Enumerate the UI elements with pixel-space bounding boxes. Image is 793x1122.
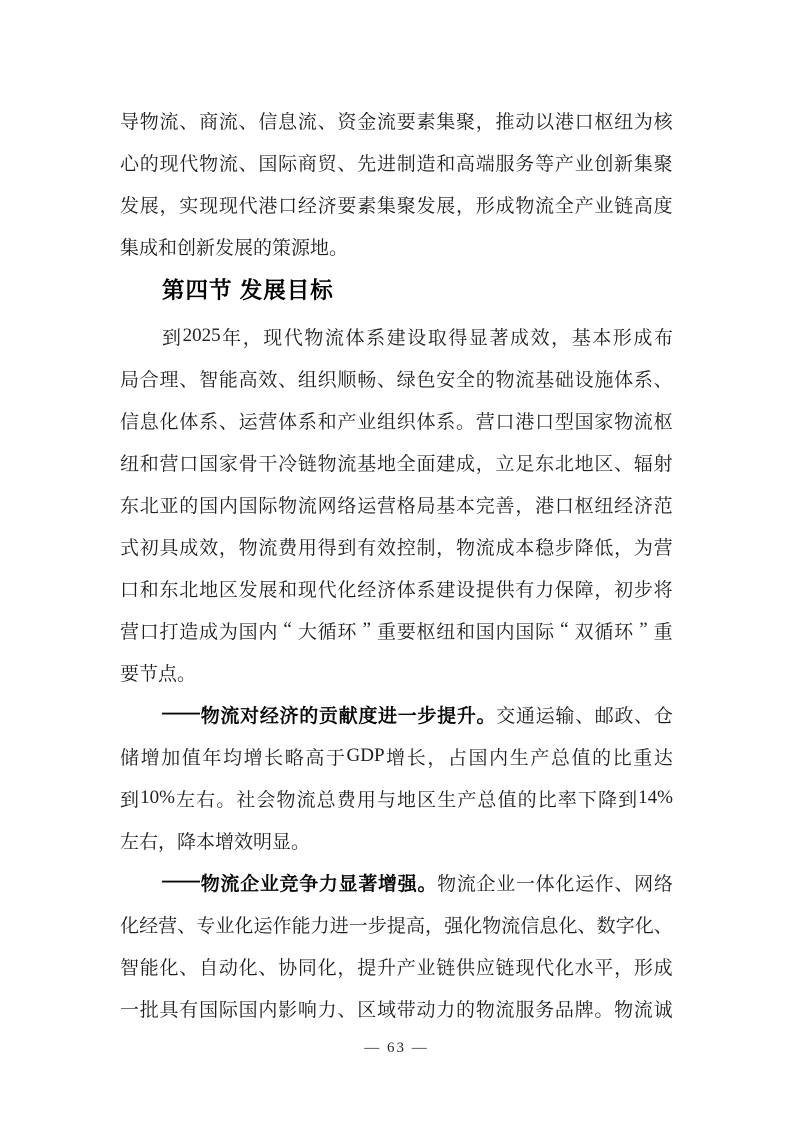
cjk-char: 现 <box>160 149 179 176</box>
cjk-char: 交 <box>496 701 515 728</box>
cjk-char: 平 <box>594 953 613 980</box>
cjk-char: 务 <box>515 149 534 176</box>
cjk-char: 应 <box>476 953 495 980</box>
cjk-char: 到 <box>162 323 181 350</box>
cjk-char: ， <box>219 533 238 560</box>
cjk-char: 系 <box>366 323 385 350</box>
document-body: 导物流、商流、信息流、资金流要素集聚，推动以港口枢纽为核心的现代物流、国际商贸、… <box>120 99 673 1029</box>
cjk-char: 贡 <box>319 701 338 728</box>
latin-token: 14% <box>638 787 673 809</box>
cjk-char: 力 <box>318 995 337 1022</box>
cjk-char: 、 <box>575 701 594 728</box>
paragraph: ——物流对经济的贡献度进一步提升。交通运输、邮政、仓储增加值年均增长略高于GDP… <box>120 693 673 861</box>
cjk-char: 口 <box>496 407 515 434</box>
text-line: ——物流企业竞争力显著增强。物流企业一体化运作、网络 <box>120 861 673 903</box>
cjk-char: 产 <box>337 407 356 434</box>
cjk-char: 地 <box>397 785 416 812</box>
cjk-char: 流 <box>220 701 239 728</box>
cjk-char: 地 <box>310 233 329 260</box>
cjk-char: 产 <box>555 149 574 176</box>
cjk-char: 北 <box>555 449 574 476</box>
cjk-char: 总 <box>477 785 496 812</box>
cjk-char: 物 <box>199 149 218 176</box>
cjk-char: 地 <box>199 575 218 602</box>
cjk-char: 能 <box>292 911 311 938</box>
cjk-char: 济 <box>280 701 299 728</box>
cjk-char: 降 <box>575 533 594 560</box>
cjk-char: 提 <box>437 701 456 728</box>
cjk-char: 本 <box>515 533 534 560</box>
cjk-char: 完 <box>476 491 495 518</box>
cjk-char: 造 <box>416 149 435 176</box>
cjk-char: 港 <box>555 107 574 134</box>
cjk-char: 高 <box>456 149 475 176</box>
cjk-char: 内 <box>258 995 277 1022</box>
cjk-char: 化 <box>555 869 574 896</box>
cjk-char: 运 <box>239 407 258 434</box>
cjk-char: 国 <box>575 407 594 434</box>
cjk-char: 集 <box>436 107 455 134</box>
cjk-char: 成 <box>633 323 652 350</box>
cjk-char: 度 <box>654 191 673 218</box>
cjk-char: 响 <box>298 995 317 1022</box>
cjk-char: 效 <box>531 323 550 350</box>
cjk-char: 。 <box>291 827 310 854</box>
cjk-char: 物 <box>276 785 295 812</box>
cjk-char: 的 <box>299 701 318 728</box>
document-page: 导物流、商流、信息流、资金流要素集聚，推动以港口枢纽为核心的现代物流、国际商贸、… <box>0 0 793 1122</box>
cjk-char: 导 <box>120 107 139 134</box>
cjk-char: 发 <box>416 191 435 218</box>
cjk-char: 智 <box>199 365 218 392</box>
cjk-char: 际 <box>219 995 238 1022</box>
cjk-char: 有 <box>179 995 198 1022</box>
cjk-char: 北 <box>179 575 198 602</box>
cjk-char: 的 <box>456 995 475 1022</box>
cjk-char: 物 <box>318 449 337 476</box>
cjk-char: 流 <box>298 491 317 518</box>
cjk-char: ， <box>436 533 455 560</box>
text-line: 口和东北地区发展和现代化经济体系建设提供有力保障，初步将 <box>120 567 673 609</box>
cjk-char: 和 <box>158 233 177 260</box>
cjk-char: 港 <box>535 491 554 518</box>
cjk-char: 成 <box>199 617 218 644</box>
cjk-char: 物 <box>482 911 501 938</box>
cjk-char: 取 <box>428 323 447 350</box>
cjk-char: 化 <box>120 911 139 938</box>
cjk-char: 高 <box>239 365 258 392</box>
cjk-char: 设 <box>407 323 426 350</box>
cjk-char: 骨 <box>239 449 258 476</box>
cjk-char: 以 <box>535 107 554 134</box>
text-line: 智能化、自动化、协同化，提升产业链供应链现代化水平，形成 <box>120 945 673 987</box>
cjk-char: 的 <box>476 365 495 392</box>
cjk-char: 会 <box>256 785 275 812</box>
cjk-char: ， <box>158 827 177 854</box>
cjk-char: 流 <box>515 365 534 392</box>
cjk-char: 善 <box>496 491 515 518</box>
cjk-char: 与 <box>377 785 396 812</box>
cjk-char: 国 <box>239 617 258 644</box>
cjk-char: 系 <box>199 407 218 434</box>
cjk-char: ， <box>614 533 633 560</box>
cjk-char: 能 <box>219 365 238 392</box>
cjk-char: 度 <box>358 701 377 728</box>
text-line: 东北亚的国内国际物流网络运营格局基本完善，港口枢纽经济范 <box>120 483 673 525</box>
cjk-char: 节 <box>139 659 158 686</box>
cjk-char: 进 <box>330 911 349 938</box>
cjk-char: 化 <box>234 911 253 938</box>
cjk-char: 发 <box>215 233 234 260</box>
cjk-char: 际 <box>278 149 297 176</box>
cjk-char: 网 <box>634 869 653 896</box>
cjk-char: 射 <box>654 449 673 476</box>
text-line: 局合理、智能高效、组织顺畅、绿色安全的物流基础设施体系、 <box>120 357 673 399</box>
cjk-char: 代 <box>535 953 554 980</box>
cjk-char: 效 <box>258 365 277 392</box>
cjk-char: 要 <box>397 107 416 134</box>
cjk-char: 化 <box>635 911 654 938</box>
cjk-char: 大 <box>298 617 317 644</box>
cjk-char: 色 <box>416 365 435 392</box>
cjk-char: 物 <box>201 869 220 896</box>
cjk-char: 基 <box>535 365 554 392</box>
cjk-char: 贸 <box>318 149 337 176</box>
cjk-char: 流 <box>634 407 653 434</box>
cjk-char: 推 <box>496 107 515 134</box>
cjk-char: 信 <box>120 407 139 434</box>
cjk-char: 降 <box>598 785 617 812</box>
cjk-char: 流 <box>297 785 316 812</box>
cjk-char: —— <box>162 871 200 893</box>
cjk-char: 经 <box>260 701 279 728</box>
cjk-char: 业 <box>594 191 613 218</box>
cjk-char: 、 <box>318 107 337 134</box>
cjk-char: 右 <box>139 827 158 854</box>
cjk-char: 内 <box>219 491 238 518</box>
cjk-char: 力 <box>436 995 455 1022</box>
cjk-char: 家 <box>594 407 613 434</box>
cjk-char: 值 <box>498 785 517 812</box>
cjk-char: 打 <box>160 617 179 644</box>
cjk-char: 国 <box>515 617 534 644</box>
cjk-char: 系 <box>298 407 317 434</box>
cjk-char: 动 <box>515 107 534 134</box>
paragraph: 导物流、商流、信息流、资金流要素集聚，推动以港口枢纽为核心的现代物流、国际商贸、… <box>120 99 673 267</box>
cjk-char: 型 <box>555 407 574 434</box>
cjk-char: 、 <box>578 911 597 938</box>
cjk-char: ， <box>456 191 475 218</box>
cjk-char: 济 <box>318 191 337 218</box>
cjk-char: 动 <box>416 995 435 1022</box>
cjk-char: ， <box>476 107 495 134</box>
cjk-char: 产 <box>457 785 476 812</box>
cjk-char: 口 <box>179 449 198 476</box>
cjk-char: 一 <box>349 911 368 938</box>
cjk-char: “ <box>555 619 574 641</box>
cjk-char: 到 <box>337 533 356 560</box>
cjk-char: 生 <box>510 743 529 770</box>
cjk-char: 代 <box>179 149 198 176</box>
cjk-char: 息 <box>278 107 297 134</box>
cjk-char: 络 <box>337 491 356 518</box>
cjk-char: 畅 <box>357 365 376 392</box>
cjk-char: 费 <box>278 533 297 560</box>
cjk-char: 枢 <box>594 107 613 134</box>
cjk-char: 体 <box>179 407 198 434</box>
cjk-char: 储 <box>120 743 139 770</box>
cjk-char: 物 <box>614 995 633 1022</box>
cjk-char: 内 <box>496 617 515 644</box>
cjk-char: 港 <box>515 407 534 434</box>
cjk-char: 局 <box>120 365 139 392</box>
cjk-char: 字 <box>616 911 635 938</box>
cjk-char: 点 <box>158 659 177 686</box>
cjk-char: 物 <box>140 107 159 134</box>
cjk-char: 成 <box>654 953 673 980</box>
cjk-char: 。 <box>456 407 475 434</box>
cjk-char: 物 <box>239 533 258 560</box>
cjk-char: 区 <box>219 575 238 602</box>
cjk-char: 步 <box>634 575 653 602</box>
cjk-char: 济 <box>634 491 653 518</box>
cjk-char: 值 <box>182 743 201 770</box>
cjk-char: 。 <box>216 785 235 812</box>
cjk-char: 集 <box>120 233 139 260</box>
cjk-char: 体 <box>614 365 633 392</box>
cjk-char: 设 <box>456 575 475 602</box>
cjk-char: 经 <box>357 575 376 602</box>
cjk-char: 成 <box>139 233 158 260</box>
cjk-char: 辐 <box>634 449 653 476</box>
cjk-char: 核 <box>654 107 673 134</box>
cjk-char: 强 <box>444 911 463 938</box>
text-line: 到10%左右。社会物流总费用与地区生产总值的比率下降到14% <box>120 777 673 819</box>
cjk-char: 障 <box>575 575 594 602</box>
cjk-char: 基 <box>436 491 455 518</box>
cjk-char: 降 <box>177 827 196 854</box>
cjk-char: 服 <box>515 995 534 1022</box>
section-heading: 第四节 发展目标 <box>162 270 673 312</box>
cjk-char: 重 <box>377 617 396 644</box>
cjk-char: 施 <box>594 365 613 392</box>
text-line: 纽和营口国家骨干冷链物流基地全面建成，立足东北地区、辐射 <box>120 441 673 483</box>
cjk-char: 创 <box>594 149 613 176</box>
cjk-char: 纽 <box>594 491 613 518</box>
cjk-char: 产 <box>575 191 594 218</box>
cjk-char: 口 <box>575 107 594 134</box>
cjk-char: 东 <box>120 491 139 518</box>
cjk-char: 物 <box>456 533 475 560</box>
cjk-char: ， <box>515 491 534 518</box>
cjk-char: 创 <box>177 233 196 260</box>
cjk-char: 展 <box>234 233 253 260</box>
cjk-char: 用 <box>357 785 376 812</box>
cjk-char: 际 <box>535 617 554 644</box>
cjk-char: 到 <box>618 785 637 812</box>
cjk-char: 低 <box>594 533 613 560</box>
cjk-char: 流 <box>634 995 653 1022</box>
cjk-char: 运 <box>357 491 376 518</box>
cjk-char: 端 <box>476 149 495 176</box>
cjk-char: 。 <box>594 995 613 1022</box>
cjk-char: 枢 <box>575 491 594 518</box>
cjk-char: 枢 <box>416 617 435 644</box>
text-line: 心的现代物流、国际商贸、先进制造和高端服务等产业创新集聚 <box>120 141 673 183</box>
cjk-char: 要 <box>120 659 139 686</box>
cjk-char: 值 <box>571 743 590 770</box>
cjk-char: 济 <box>377 575 396 602</box>
cjk-char: 作 <box>273 911 292 938</box>
cjk-char: 新 <box>196 233 215 260</box>
cjk-char: 化 <box>337 575 356 602</box>
cjk-char: 化 <box>558 911 577 938</box>
cjk-char: 保 <box>555 575 574 602</box>
cjk-char: 先 <box>357 149 376 176</box>
cjk-char: 现 <box>515 953 534 980</box>
cjk-char: 长 <box>407 743 426 770</box>
cjk-char: 牌 <box>575 995 594 1022</box>
cjk-char: 资 <box>337 107 356 134</box>
cjk-char: 、 <box>377 365 396 392</box>
cjk-char: 、 <box>179 107 198 134</box>
text-line: 一批具有国际国内影响力、区域带动力的物流服务品牌。物流诚 <box>120 987 673 1029</box>
cjk-char: 和 <box>318 407 337 434</box>
cjk-char: 组 <box>298 365 317 392</box>
cjk-char: 高 <box>634 191 653 218</box>
cjk-char: 息 <box>539 911 558 938</box>
cjk-char: 专 <box>196 911 215 938</box>
cjk-char: ， <box>427 743 446 770</box>
cjk-char: 聚 <box>654 149 673 176</box>
cjk-char: 循 <box>594 617 613 644</box>
cjk-char: 营 <box>158 911 177 938</box>
cjk-char: 制 <box>416 533 435 560</box>
cjk-char: 物 <box>437 869 456 896</box>
cjk-char: 达 <box>654 743 673 770</box>
text-line: 化经营、专业化运作能力进一步提高，强化物流信息化、数字化、 <box>120 903 673 945</box>
cjk-char: 、 <box>634 701 653 728</box>
cjk-char: 、 <box>614 869 633 896</box>
cjk-char: 展 <box>140 191 159 218</box>
cjk-char: 经 <box>139 911 158 938</box>
cjk-char: 系 <box>416 575 435 602</box>
cjk-char: 物 <box>476 995 495 1022</box>
cjk-char: 策 <box>272 233 291 260</box>
cjk-char: 自 <box>199 953 218 980</box>
cjk-char: 素 <box>357 191 376 218</box>
cjk-char: 企 <box>477 869 496 896</box>
cjk-char: ” <box>634 619 653 641</box>
cjk-char: 、 <box>337 149 356 176</box>
cjk-char: 物 <box>515 191 534 218</box>
cjk-char: 国 <box>199 449 218 476</box>
cjk-char: 发 <box>239 575 258 602</box>
cjk-char: 和 <box>140 575 159 602</box>
cjk-char: 对 <box>240 701 259 728</box>
text-line: 左右，降本增效明显。 <box>120 819 673 861</box>
cjk-char: 建 <box>387 323 406 350</box>
cjk-char: 具 <box>160 533 179 560</box>
cjk-char: 流 <box>219 107 238 134</box>
text-line: 发展，实现现代港口经济要素集聚发展，形成物流全产业链高度 <box>120 183 673 225</box>
cjk-char: 将 <box>654 575 673 602</box>
cjk-char: 体 <box>346 323 365 350</box>
cjk-char: 控 <box>397 533 416 560</box>
cjk-char: 提 <box>357 953 376 980</box>
cjk-char: 、 <box>179 953 198 980</box>
cjk-char: 聚 <box>456 107 475 134</box>
cjk-char: 输 <box>555 701 574 728</box>
cjk-char: ， <box>160 191 179 218</box>
cjk-char: 流 <box>298 107 317 134</box>
cjk-char: 区 <box>594 449 613 476</box>
cjk-char: 链 <box>496 953 515 980</box>
text-line: 信息化体系、运营体系和产业组织体系。营口港口型国家物流枢 <box>120 399 673 441</box>
cjk-char: 金 <box>357 107 376 134</box>
cjk-char: 口 <box>278 191 297 218</box>
cjk-char: 设 <box>575 365 594 392</box>
cjk-char: 得 <box>318 533 337 560</box>
cjk-char: 际 <box>258 491 277 518</box>
cjk-char: 协 <box>278 953 297 980</box>
cjk-char: 家 <box>219 449 238 476</box>
cjk-char: 右 <box>196 785 215 812</box>
cjk-char: 有 <box>357 533 376 560</box>
cjk-char: 左 <box>120 827 139 854</box>
cjk-char: 经 <box>614 491 633 518</box>
cjk-char: 国 <box>239 491 258 518</box>
cjk-char: 干 <box>258 449 277 476</box>
cjk-char: 组 <box>377 407 396 434</box>
cjk-char: 邮 <box>595 701 614 728</box>
latin-token: GDP <box>347 745 385 767</box>
cjk-char: 为 <box>634 107 653 134</box>
cjk-char: 展 <box>436 191 455 218</box>
text-line: 储增加值年均增长略高于GDP增长，占国内生产总值的比重达 <box>120 735 673 777</box>
cjk-char: 和 <box>456 617 475 644</box>
text-line: 导物流、商流、信息流、资金流要素集聚，推动以港口枢纽为核 <box>120 99 673 141</box>
cjk-char: 、 <box>258 953 277 980</box>
cjk-char: 明 <box>253 827 272 854</box>
cjk-char: 比 <box>613 743 632 770</box>
cjk-char: ， <box>594 575 613 602</box>
cjk-char: 业 <box>260 869 279 896</box>
cjk-char: 升 <box>377 953 396 980</box>
cjk-char: 系 <box>436 407 455 434</box>
cjk-char: 、 <box>654 911 673 938</box>
cjk-char: 供 <box>456 953 475 980</box>
cjk-char: 全 <box>555 191 574 218</box>
cjk-char: ， <box>476 449 495 476</box>
cjk-char: 物 <box>278 491 297 518</box>
cjk-char: 。 <box>477 701 496 728</box>
cjk-char: 的 <box>140 149 159 176</box>
cjk-char: 素 <box>416 107 435 134</box>
cjk-char: 用 <box>298 533 317 560</box>
cjk-char: 形 <box>634 953 653 980</box>
cjk-char: 流 <box>337 449 356 476</box>
cjk-char: 代 <box>284 323 303 350</box>
cjk-char: 流 <box>377 107 396 134</box>
cjk-char: 安 <box>436 365 455 392</box>
cjk-char: 力 <box>319 869 338 896</box>
cjk-char: 步 <box>417 701 436 728</box>
cjk-char: 化 <box>555 953 574 980</box>
cjk-char: 体 <box>416 407 435 434</box>
cjk-char: 国 <box>239 995 258 1022</box>
cjk-char: ， <box>425 911 444 938</box>
